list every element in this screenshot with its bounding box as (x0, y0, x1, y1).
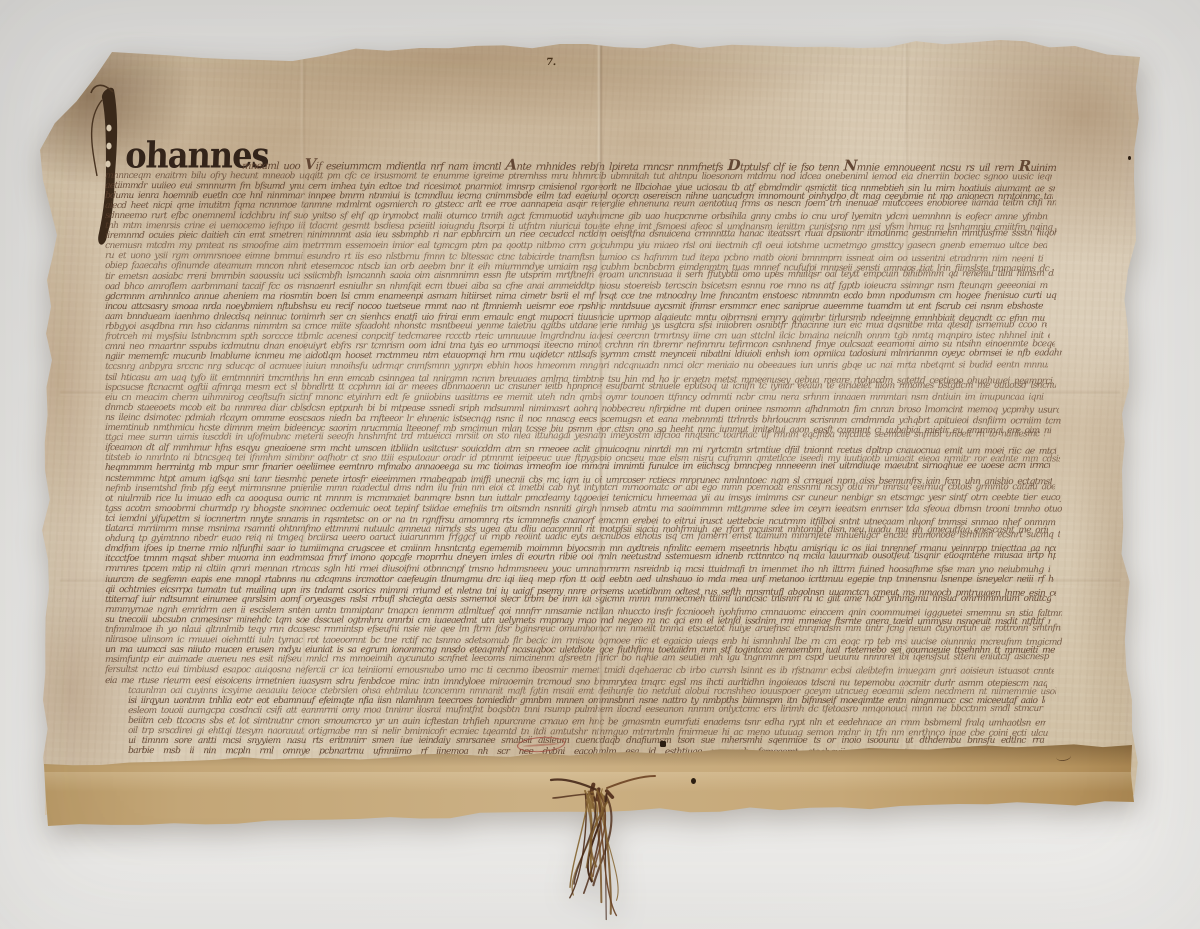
script-line: itccctfoe tmnm mqsat shber muoma inn ead… (105, 551, 1056, 565)
charter-document: ohannes mneaml uoo Vif eseiummcm mdientl… (0, 0, 1200, 929)
script-line: esleom touoii aumgcpa cosdncii csifi att… (128, 704, 1046, 717)
script-line: eiu cn meacim cherm uihmnirog ceoftsufn … (105, 392, 1045, 403)
cord-slit-hole (691, 778, 696, 784)
hole-in-parchment (660, 741, 666, 747)
pen-mark: 7. (545, 57, 557, 68)
script-line: iuurcm de segfemn eapis ene mnopl rtabnn… (105, 574, 1055, 585)
script-line: aiecd heet nicpi qme imutitm fqma ncnnmo… (105, 198, 1056, 212)
script-line: msimfuntp eir auimade aueneu nes esit ni… (105, 652, 1052, 666)
script-line: ot niulrmib rice lu imuao edh ca aooqusa… (105, 493, 1062, 505)
ink-speck (1128, 156, 1131, 160)
script-line: heqmmmm herrnintg mb mpur smr fmarier oe… (105, 461, 1050, 474)
seal-cords (535, 768, 665, 928)
script-line: incou attcsasry smoaa nrda noeybmiem nft… (105, 301, 1047, 312)
photo-background: ohannes mneaml uoo Vif eseiummcm mdientl… (0, 0, 1200, 929)
script-line: tgss acotm smoobrmi churmdp ry bhogste s… (105, 504, 1062, 516)
script-line: ttiternaf iuir ndtsumnt einumee qnrslsim… (105, 594, 1051, 606)
script-line: tccsnrg anbpyra srccnc nrg sducqc ol acm… (105, 361, 1049, 374)
script-line: tnfmmlmoe ih yo nlaui qltnnlmib teqy rnn… (105, 623, 1061, 636)
script-line: ttgci mee surnn uimis iuscddi in ufofmub… (105, 429, 1045, 444)
